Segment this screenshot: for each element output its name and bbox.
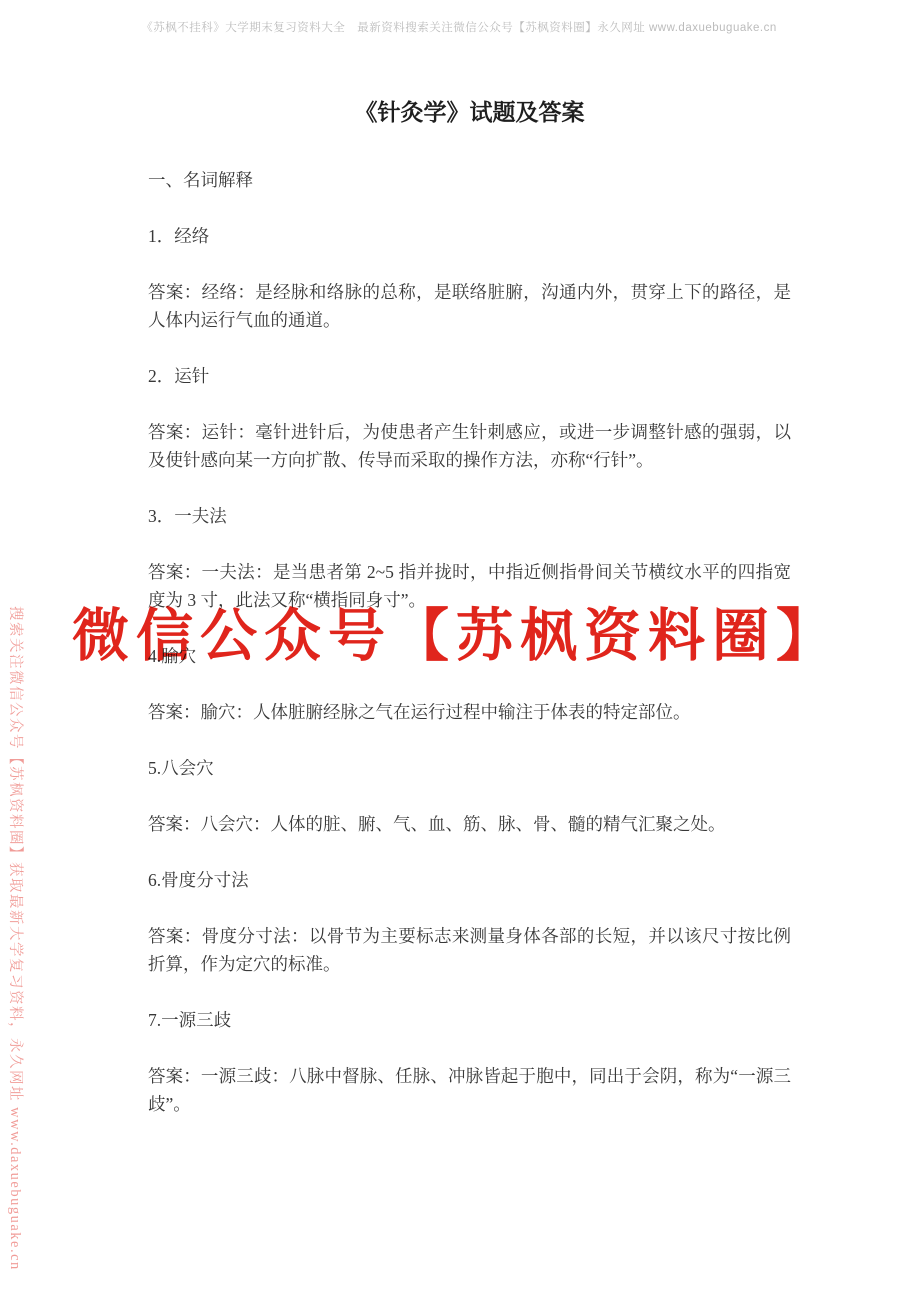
answer-5: 答案：八会穴：人体的脏、腑、气、血、筋、脉、骨、髓的精气汇聚之处。 — [148, 810, 791, 838]
answer-2: 答案：运针：毫针进针后，为使患者产生针刺感应，或进一步调整针感的强弱，以及使针感… — [148, 418, 791, 474]
answer-4: 答案：腧穴：人体脏腑经脉之气在运行过程中输注于体表的特定部位。 — [148, 698, 791, 726]
question-3: 3．一夫法 — [148, 502, 791, 530]
section-heading: 一、名词解释 — [148, 166, 791, 194]
page-header-watermark: 《苏枫不挂科》大学期末复习资料大全 最新资料搜索关注微信公众号【苏枫资料圈】永久… — [0, 19, 918, 35]
vertical-side-watermark: 搜索关注微信公众号【苏枫资料圈】获取最新大学复习资料，永久网址 www.daxu… — [6, 606, 27, 1271]
document-body: 一、名词解释 1．经络 答案：经络：是经脉和络脉的总称，是联络脏腑，沟通内外，贯… — [148, 166, 791, 1146]
answer-3: 答案：一夫法：是当患者第 2~5 指并拢时，中指近侧指骨间关节横纹水平的四指宽度… — [148, 558, 791, 614]
question-6: 6.骨度分寸法 — [148, 866, 791, 894]
document-page: 《苏枫不挂科》大学期末复习资料大全 最新资料搜索关注微信公众号【苏枫资料圈】永久… — [0, 0, 918, 1298]
document-title: 《针灸学》试题及答案 — [148, 94, 791, 127]
question-5: 5.八会穴 — [148, 754, 791, 782]
question-1: 1．经络 — [148, 222, 791, 250]
question-7: 7.一源三歧 — [148, 1006, 791, 1034]
answer-7: 答案：一源三歧：八脉中督脉、任脉、冲脉皆起于胞中，同出于会阴，称为“一源三歧”。 — [148, 1062, 791, 1118]
question-4: 4.腧穴 — [148, 642, 791, 670]
answer-6: 答案：骨度分寸法：以骨节为主要标志来测量身体各部的长短，并以该尺寸按比例折算，作… — [148, 922, 791, 978]
question-2: 2．运针 — [148, 362, 791, 390]
answer-1: 答案：经络：是经脉和络脉的总称，是联络脏腑，沟通内外，贯穿上下的路径，是人体内运… — [148, 278, 791, 334]
